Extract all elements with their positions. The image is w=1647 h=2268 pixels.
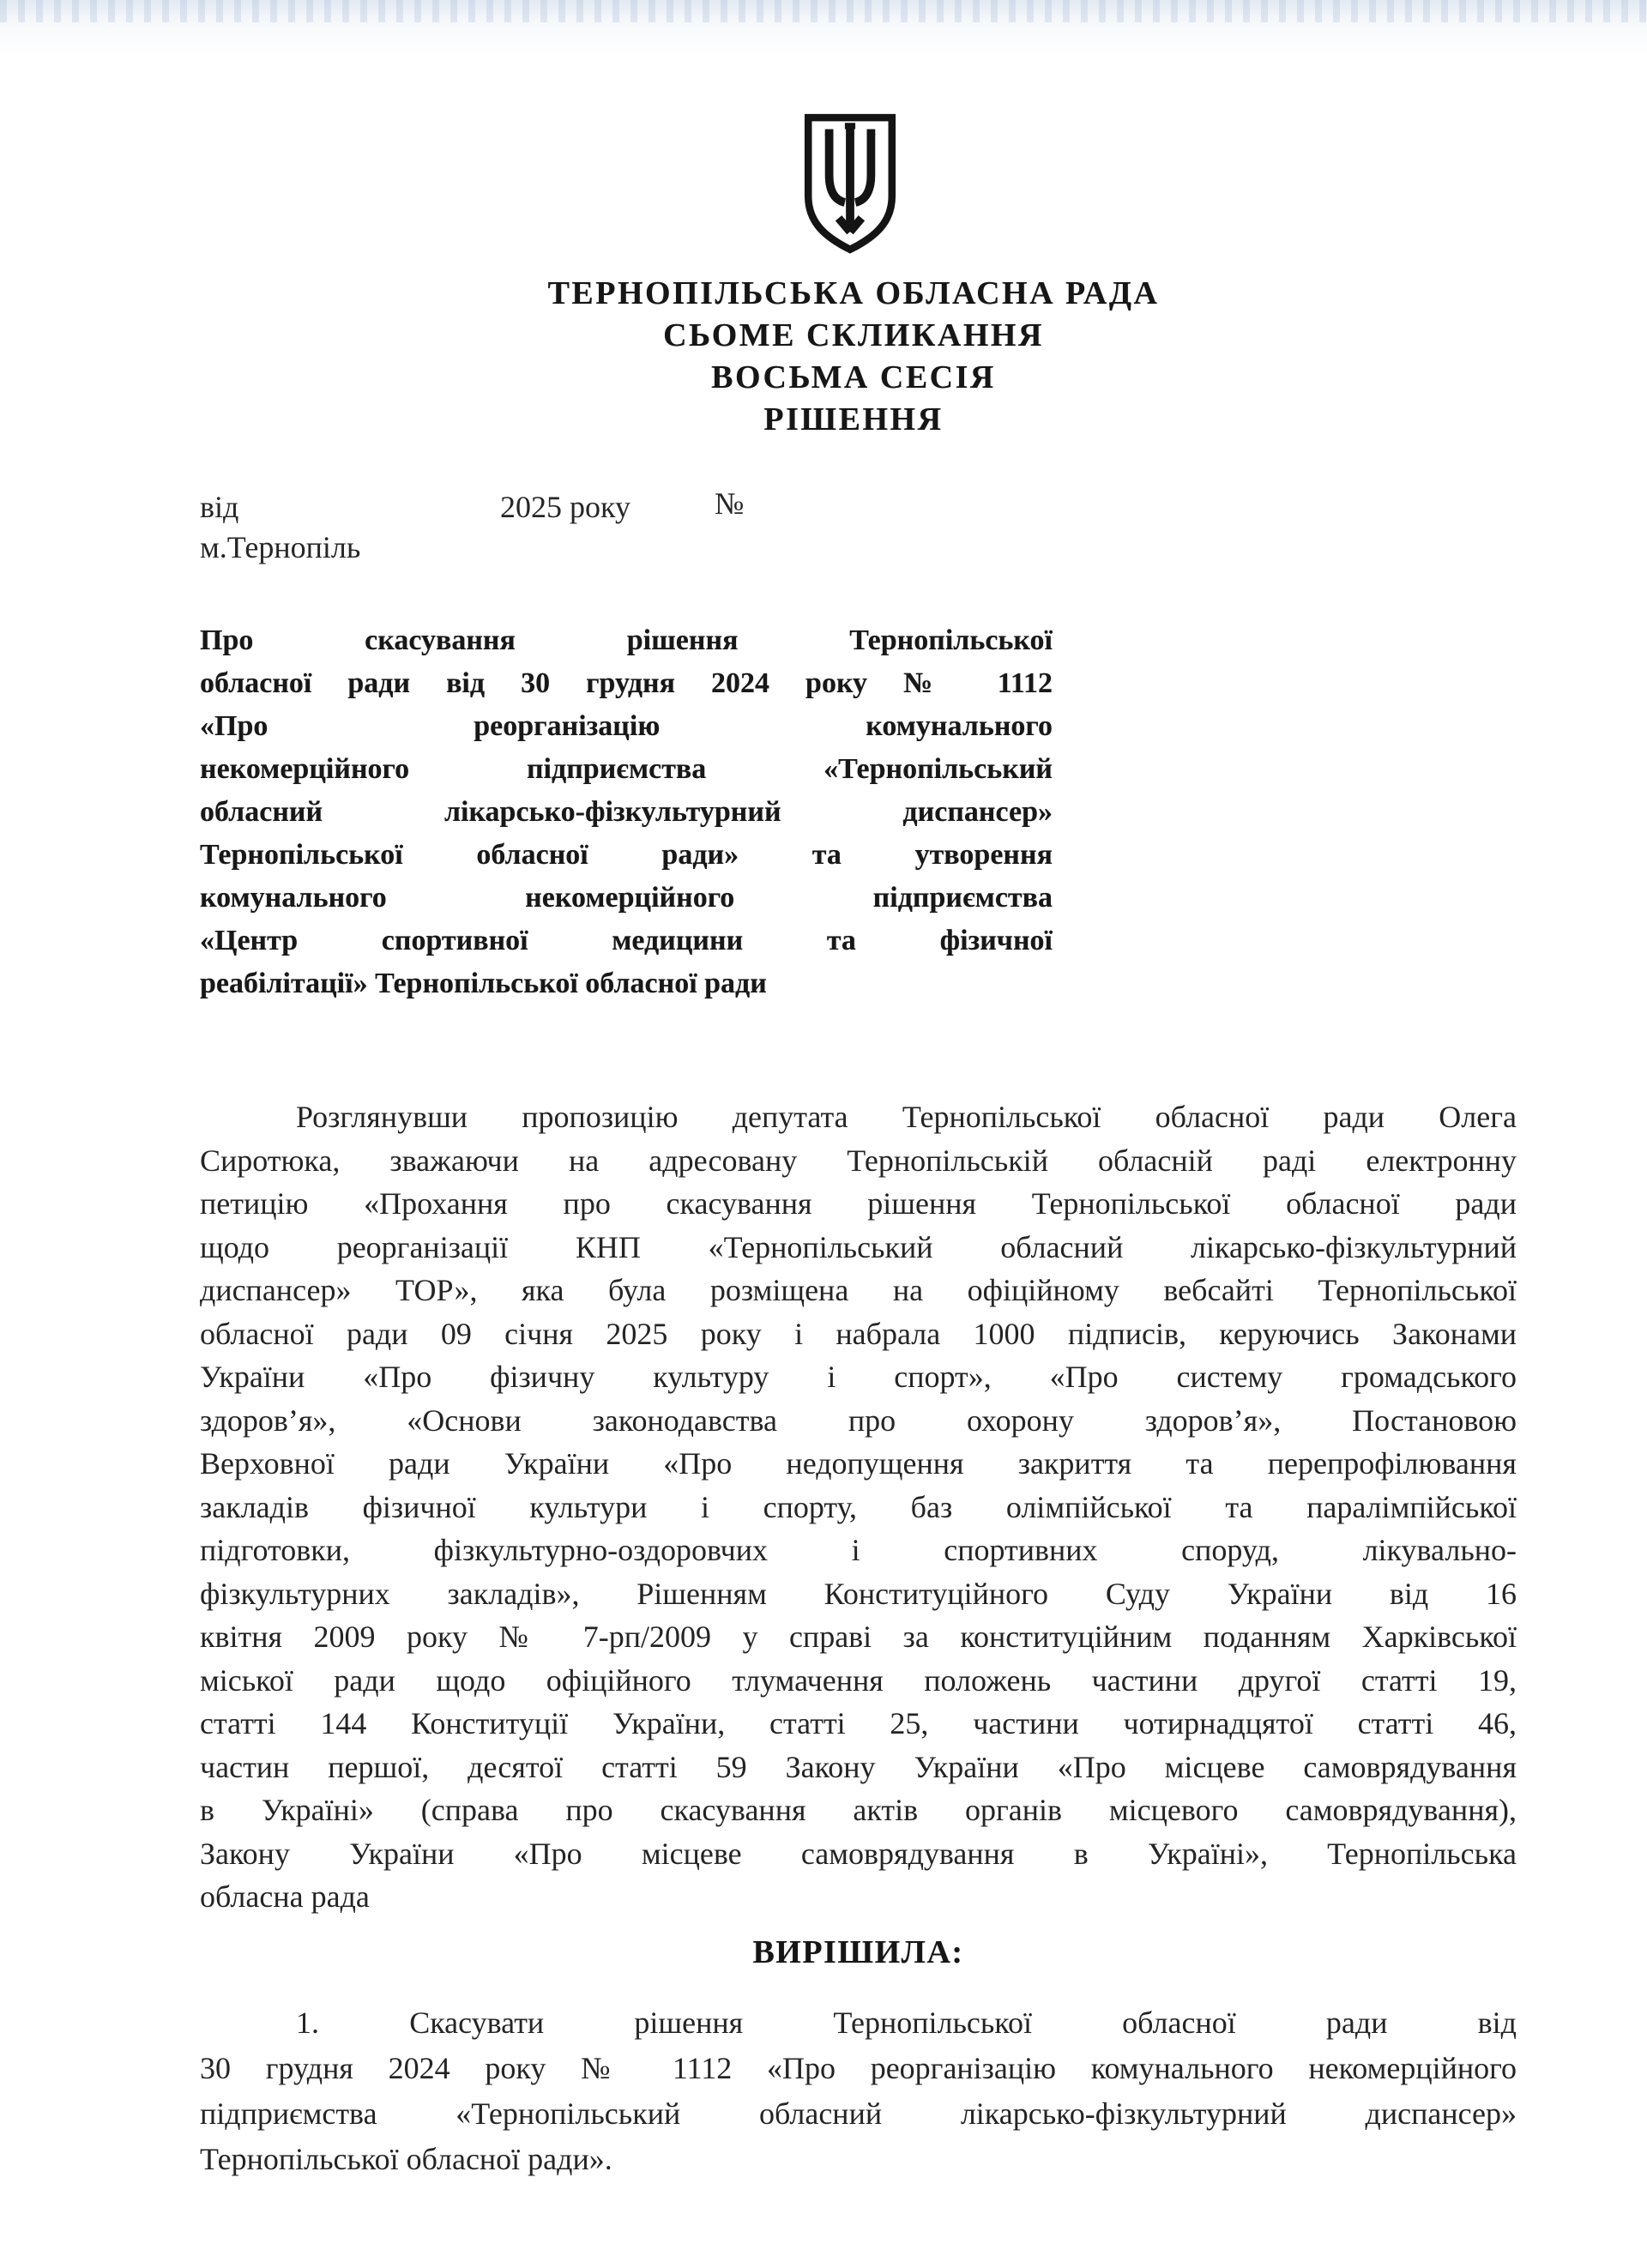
date-from-label: від	[200, 489, 238, 525]
preamble-line: статті 144 Конституції України, статті 2…	[200, 1702, 1517, 1746]
preamble-line: Сиротюка, зважаючи на адресовану Тернопі…	[200, 1139, 1517, 1183]
preamble-line: частин першої, десятої статті 59 Закону …	[200, 1746, 1517, 1789]
document-meta: від 2025 року № м.Тернопіль	[200, 489, 1517, 583]
resolution-line: 1. Скасувати рішення Тернопільської обла…	[200, 2000, 1517, 2046]
coat-of-arms-icon	[798, 110, 902, 257]
subject-line: комунального некомерційного підприємства	[200, 877, 1053, 920]
scan-edge-artifact	[0, 0, 1647, 55]
preamble-line: Розглянувши пропозицію депутата Тернопіл…	[200, 1095, 1517, 1139]
preamble-line: обласна рада	[200, 1875, 1517, 1919]
preamble-line: диспансер» ТОР», яка була розміщена на о…	[200, 1269, 1517, 1312]
preamble-line: петицію «Прохання про скасування рішення…	[200, 1182, 1517, 1226]
subject-line: некомерційного підприємства «Тернопільсь…	[200, 748, 1053, 791]
preamble-line: підготовки, фізкультурно-оздоровчих і сп…	[200, 1529, 1517, 1572]
preamble-line: закладів фізичної культури і спорту, баз…	[200, 1486, 1517, 1529]
preamble-line: щодо реорганізації КНП «Тернопільський о…	[200, 1226, 1517, 1270]
preamble-line: в Україні» (справа про скасування актів …	[200, 1788, 1517, 1832]
preamble-line: міської ради щодо офіційного тлумачення …	[200, 1659, 1517, 1703]
preamble-line: України «Про фізичну культуру і спорт», …	[200, 1355, 1517, 1399]
number-sign: №	[715, 486, 744, 522]
resolution-paragraph: 1. Скасувати рішення Тернопільської обла…	[200, 2000, 1517, 2182]
document-page: ТЕРНОПІЛЬСЬКА ОБЛАСНА РАДА СЬОМЕ СКЛИКАН…	[0, 0, 1647, 2268]
subject-line: обласний лікарсько-фізкультурний диспанс…	[200, 791, 1053, 834]
preamble-line: обласної ради 09 січня 2025 року і набра…	[200, 1312, 1517, 1356]
convocation-line: СЬОМЕ СКЛИКАННЯ	[425, 315, 1282, 357]
date-year: 2025 року	[500, 489, 630, 525]
city-name: м.Тернопіль	[200, 529, 360, 565]
preamble-line: фізкультурних закладів», Рішенням Консти…	[200, 1572, 1517, 1616]
subject-line: «Центр спортивної медицини та фізичної	[200, 920, 1053, 962]
institution-name: ТЕРНОПІЛЬСЬКА ОБЛАСНА РАДА	[425, 273, 1282, 315]
resolution-heading: ВИРІШИЛА:	[200, 1933, 1517, 1971]
subject-line: реабілітації» Тернопільської обласної ра…	[200, 962, 1053, 1005]
session-line: ВОСЬМА СЕСІЯ	[425, 357, 1282, 399]
subject-line: Тернопільської обласної ради» та утворен…	[200, 834, 1053, 877]
document-header: ТЕРНОПІЛЬСЬКА ОБЛАСНА РАДА СЬОМЕ СКЛИКАН…	[425, 273, 1282, 441]
subject-line: Про скасування рішення Тернопільської	[200, 619, 1053, 662]
preamble-line: Закону України «Про місцеве самоврядуван…	[200, 1832, 1517, 1876]
preamble-line: здоров’я», «Основи законодавства про охо…	[200, 1399, 1517, 1443]
resolution-line: 30 грудня 2024 року № 1112 «Про реоргані…	[200, 2046, 1517, 2091]
preamble-line: Верховної ради України «Про недопущення …	[200, 1442, 1517, 1486]
subject-line: «Про реорганізацію комунального	[200, 705, 1053, 748]
resolution-line: підприємства «Тернопільський обласний лі…	[200, 2091, 1517, 2137]
preamble-line: квітня 2009 року № 7-рп/2009 у справі за…	[200, 1615, 1517, 1659]
resolution-line: Тернопільської обласної ради».	[200, 2137, 1517, 2182]
subject-line: обласної ради від 30 грудня 2024 року № …	[200, 662, 1053, 705]
subject-paragraph: Про скасування рішення Тернопільської об…	[200, 619, 1053, 1005]
document-type: РІШЕННЯ	[425, 399, 1282, 441]
preamble-paragraph: Розглянувши пропозицію депутата Тернопіл…	[200, 1095, 1517, 1919]
